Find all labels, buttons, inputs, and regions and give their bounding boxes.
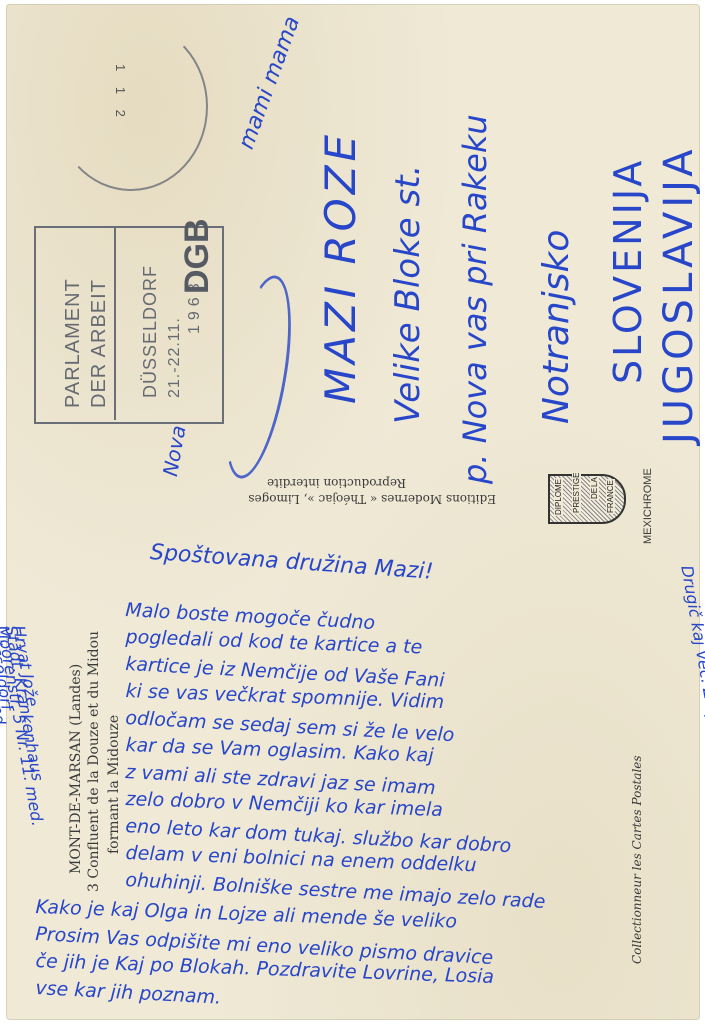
signature-scribble — [213, 271, 304, 484]
postmark-circle — [54, 22, 208, 191]
caption-line-2: formant la Midouze — [106, 715, 122, 854]
stamp-dates: 21.-22.11. — [166, 317, 184, 398]
logo-text-diplome: DIPLOME — [554, 478, 563, 516]
address-line-country: JUGOSLAVIJA — [656, 145, 702, 444]
stamp-line2: DER ARBEIT — [88, 279, 111, 408]
address-line-republic: SLOVENIJA — [606, 158, 650, 384]
logo-text-prestige: PRESTIGE — [572, 472, 581, 514]
address-line-village: Velike Bloke st. — [388, 165, 428, 424]
collection-line: Collectionneur les Cartes Postales — [630, 755, 644, 964]
postcard-back: 1 1 2 PARLAMENT DER ARBEIT DÜSSELDORF 21… — [6, 4, 700, 1020]
stamp-line1: PARLAMENT — [62, 278, 85, 408]
dgb-logo: DGB — [178, 218, 217, 294]
mexichrome-brand: MEXICHROME — [642, 468, 654, 544]
address-line-post: p. Nova vas pri Rakeku — [456, 114, 494, 484]
caption-title: MONT-DE-MARSAN (Landes) — [68, 664, 84, 874]
logo-text-la: LA — [590, 476, 599, 488]
message-line: vse kar jih poznam. — [35, 977, 222, 1009]
logo-text-france: FRANCE — [606, 479, 615, 514]
caption-line-1: 3 Confluent de la Douze et du Midou — [86, 631, 102, 892]
address-side-note: mami mama — [234, 13, 305, 152]
publisher-line-2: Reproduction interdite — [267, 476, 406, 490]
address-side-note-2: Nova — [158, 423, 191, 478]
message-salutation: Spoštovana družina Mazi! — [149, 540, 434, 585]
publisher-line-1: Editions Modernes « Théojac », Limoges — [248, 492, 496, 506]
stamp-city: DÜSSELDORF — [140, 265, 161, 398]
message-right-margin: Drugič kaj več. Za pozdrav vsem ljudi No… — [677, 564, 705, 970]
stamp-divider — [114, 226, 116, 420]
address-line-name: MAZI ROZE — [316, 131, 365, 404]
logo-text-de: DE — [590, 487, 599, 500]
message-line: pogledali od kod te kartice a te — [125, 626, 422, 658]
address-line-region: Notranjsko — [536, 230, 577, 424]
postmark-date: 1 1 2 — [113, 64, 128, 123]
